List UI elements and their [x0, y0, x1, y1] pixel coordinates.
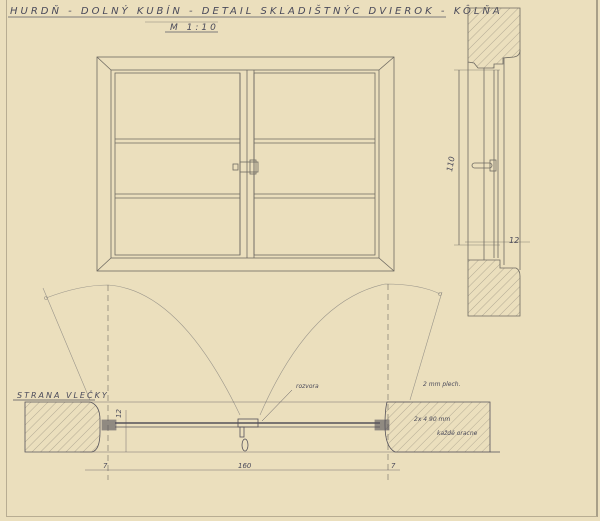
side-label: STRANA VLEČKY: [17, 389, 109, 400]
plan-section: STRANA VLEČKY rozvora 2 mm plech. 2x 4 9…: [13, 381, 500, 470]
door-elevation: [97, 57, 394, 271]
dim-depth: 12: [509, 236, 519, 245]
plan-dim-left: 7: [103, 462, 108, 470]
drawing-sheet: HURDŇ - DOLNÝ KUBÍN - DETAIL SKLADIŠTNÝC…: [0, 0, 600, 521]
bolt-note: rozvora: [296, 383, 319, 390]
plan-dim-depth: 12: [115, 409, 123, 418]
plan-dim-width: 160: [238, 462, 252, 470]
title-block: HURDŇ - DOLNÝ KUBÍN - DETAIL SKLADIŠTNÝC…: [8, 4, 503, 33]
anchor-spacing-note: každé oracne: [437, 430, 478, 437]
plan-dim-right: 7: [391, 462, 396, 470]
sheet-note: 2 mm plech.: [423, 381, 461, 388]
anchor-note: 2x 4 90 mm: [414, 416, 450, 423]
side-section: 110 12: [445, 8, 530, 316]
drawing-title: HURDŇ - DOLNÝ KUBÍN - DETAIL SKLADIŠTNÝC…: [10, 4, 503, 17]
door-swing: [43, 284, 442, 480]
drawing-scale: M 1:10: [170, 23, 219, 33]
dim-height: 110: [445, 156, 457, 173]
technical-drawing: HURDŇ - DOLNÝ KUBÍN - DETAIL SKLADIŠTNÝC…: [0, 0, 600, 521]
